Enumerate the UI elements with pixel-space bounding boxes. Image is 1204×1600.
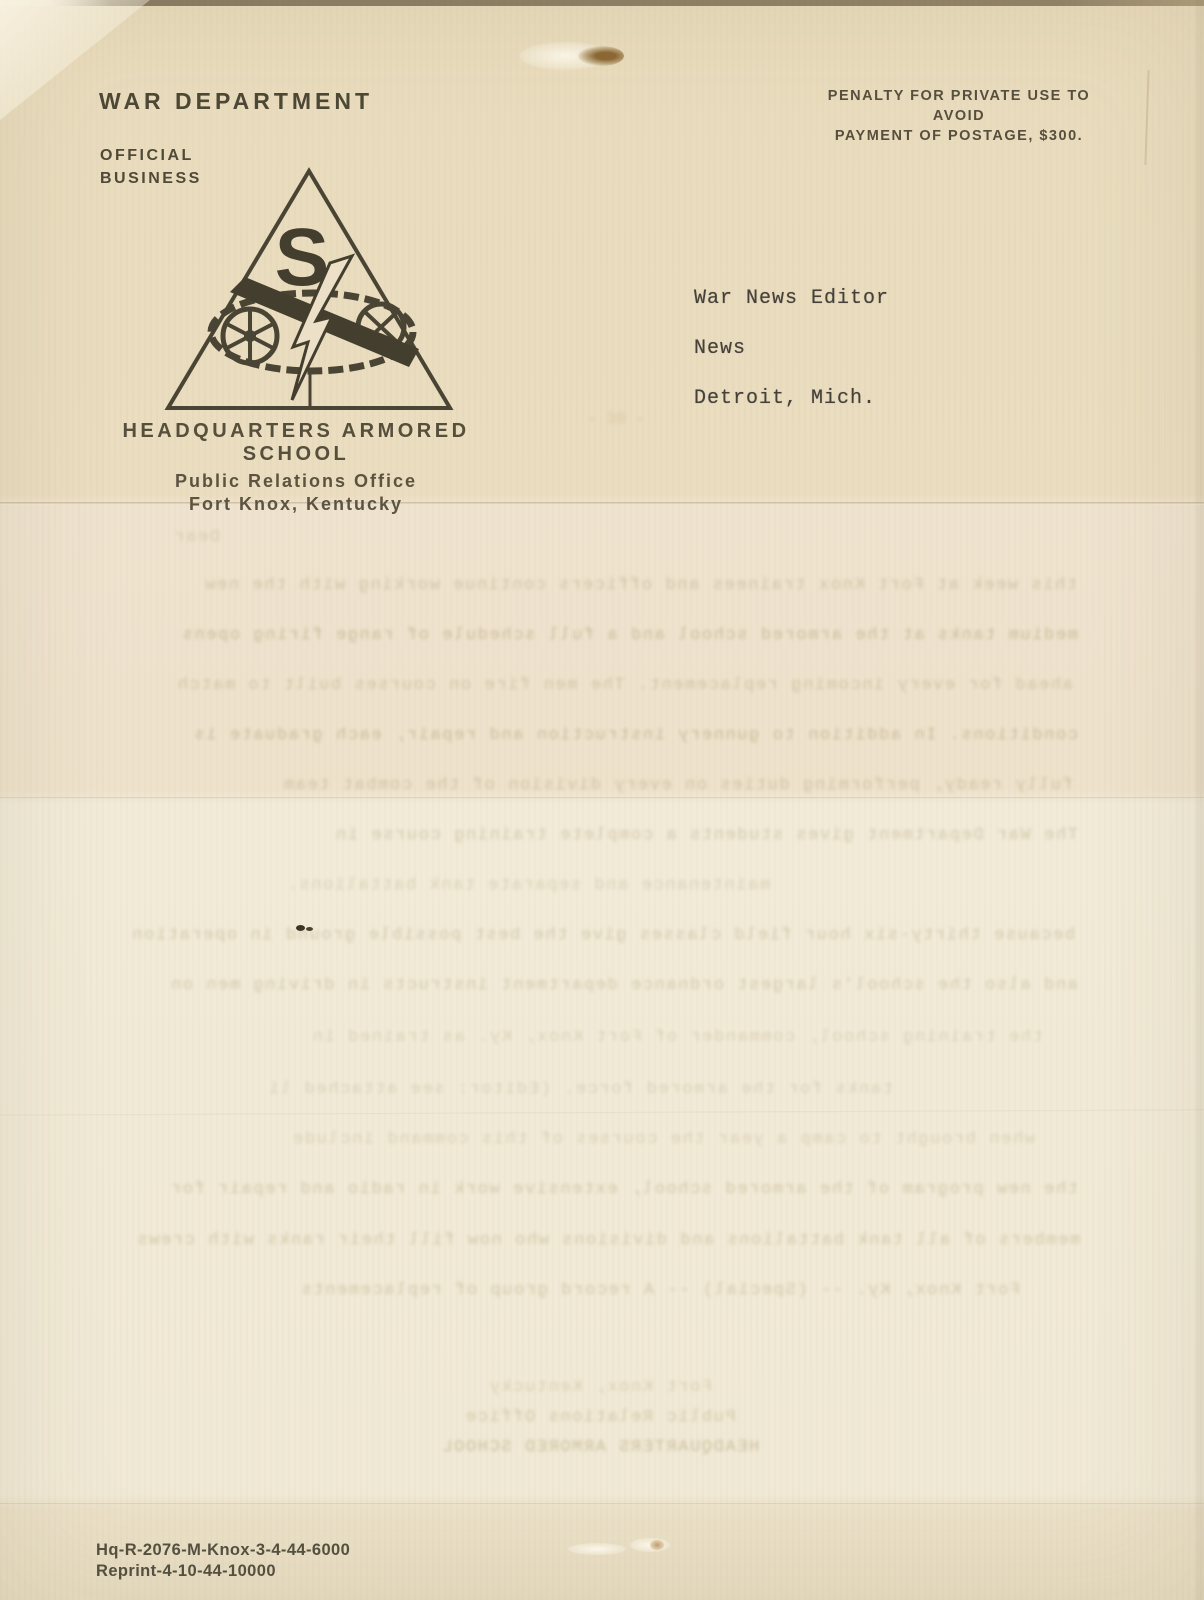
bleed-line: Fort Knox, Ky. -- (Special) -- A record …: [268, 1281, 1020, 1304]
paper-fiber-scratch: [1144, 70, 1149, 165]
post-location: Fort Knox, Kentucky: [72, 494, 520, 515]
penalty-line-1: PENALTY FOR PRIVATE USE TO AVOID: [806, 86, 1112, 126]
paper-scuff: [568, 1543, 626, 1555]
bleed-line: The War Department gives students a comp…: [268, 826, 1078, 849]
bleed-line: when brought to camp a year the courses …: [130, 1130, 1035, 1153]
paper-top-edge: [0, 0, 1204, 6]
bleed-line: and also the school's largest ordnance d…: [130, 976, 1078, 999]
bleed-end-mark: - 30 -: [556, 410, 676, 428]
city-state: Detroit, Mich.: [694, 374, 889, 424]
paper-right-edge: [1196, 0, 1204, 1600]
bleed-line: maintenance and separate tank battalions…: [130, 876, 770, 899]
bleed-line: fully ready, performing duties on every …: [138, 776, 1073, 799]
print-code-block: Hq-R-2076-M-Knox-3-4-44-6000 Reprint-4-1…: [96, 1540, 350, 1582]
bleed-line: ahead for every incoming replacement. Th…: [138, 676, 1073, 699]
bleed-footer-line: Public Relations Office: [450, 1408, 750, 1431]
fold-crease-lower: [0, 1109, 1204, 1116]
bleed-line: tanks for the armored force. (Editor: se…: [268, 1080, 893, 1103]
penalty-line-2: PAYMENT OF POSTAGE, $300.: [806, 126, 1112, 146]
unit-name: HEADQUARTERS ARMORED SCHOOL: [72, 420, 520, 466]
paper-stain: [650, 1540, 664, 1550]
publication: News: [694, 324, 889, 374]
bleed-line: the new program of the armored school, e…: [130, 1180, 1078, 1203]
bleed-line: because thirty-six hour field classes gi…: [130, 926, 1075, 949]
typed-address-block: War News Editor News Detroit, Mich.: [694, 274, 889, 424]
bleed-line: members of all tank battalions and divis…: [130, 1231, 1080, 1254]
paper-stain: [578, 46, 624, 66]
bleed-footer-line: HEADQUARTERS ARMORED SCHOOL: [428, 1438, 772, 1461]
bleed-line: Dear: [140, 528, 220, 551]
bleed-line: the training school, commander of Fort K…: [268, 1028, 1043, 1051]
fold-crease-bottom: [0, 1503, 1204, 1505]
print-code-2: Reprint-4-10-44-10000: [96, 1561, 350, 1582]
office-name: Public Relations Office: [72, 471, 520, 492]
armored-school-triangle-insignia-icon: S: [162, 166, 456, 416]
letterhead-unit-block: HEADQUARTERS ARMORED SCHOOL Public Relat…: [72, 420, 520, 515]
bleed-line: conditions. In addition to gunnery instr…: [130, 726, 1078, 749]
letter-sheet: WAR DEPARTMENT OFFICIAL BUSINESS PENALTY…: [0, 0, 1204, 1600]
print-code-1: Hq-R-2076-M-Knox-3-4-44-6000: [96, 1540, 350, 1561]
bleed-line: medium tanks at the armored school and a…: [126, 626, 1078, 649]
bleed-line: this week at Fort Knox trainees and offi…: [132, 576, 1077, 599]
addressee: War News Editor: [694, 274, 889, 324]
postage-penalty-notice: PENALTY FOR PRIVATE USE TO AVOID PAYMENT…: [806, 86, 1112, 146]
war-department-heading: WAR DEPARTMENT: [99, 88, 373, 115]
bleed-footer-line: Fort Knox, Kentucky: [484, 1378, 716, 1401]
official-line: OFFICIAL: [100, 144, 202, 167]
